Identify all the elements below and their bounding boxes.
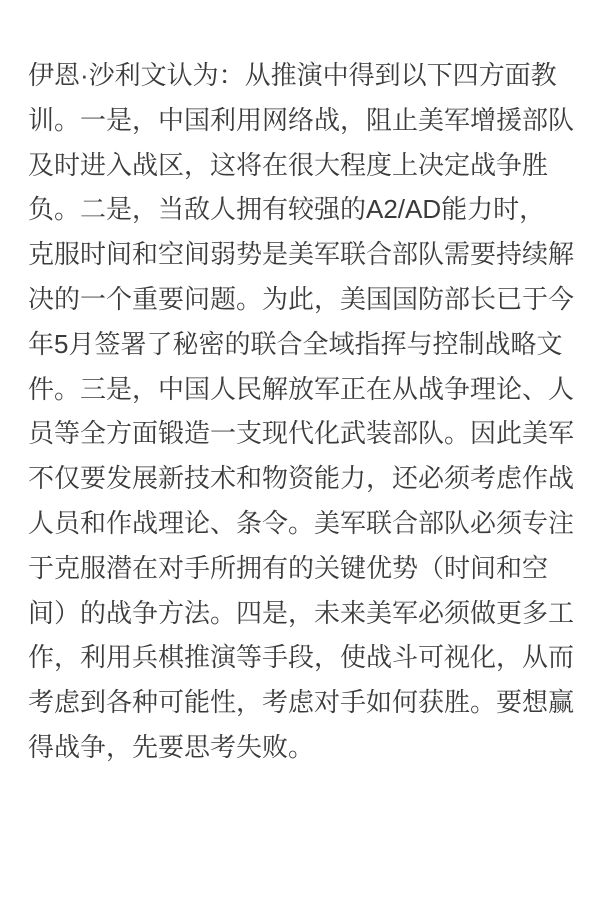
text-line: 员等全方面锻造一支现代化武装部队。因此美军 bbox=[28, 411, 576, 456]
text-line: 人员和作战理论、条令。美军联合部队必须专注 bbox=[28, 501, 576, 546]
text-line: 伊恩·沙利文认为：从推演中得到以下四方面教 bbox=[28, 53, 576, 98]
text-line: 年5月签署了秘密的联合全域指挥与控制战略文 bbox=[28, 322, 576, 367]
article-paragraph: 伊恩·沙利文认为：从推演中得到以下四方面教训。一是，中国利用网络战，阻止美军增援… bbox=[28, 53, 576, 770]
text-line: 决的一个重要问题。为此，美国国防部长已于今 bbox=[28, 277, 576, 322]
document-page: 伊恩·沙利文认为：从推演中得到以下四方面教训。一是，中国利用网络战，阻止美军增援… bbox=[0, 0, 600, 907]
text-line: 不仅要发展新技术和物资能力，还必须考虑作战 bbox=[28, 456, 576, 501]
text-line: 及时进入战区，这将在很大程度上决定战争胜 bbox=[28, 143, 576, 188]
text-line: 件。三是，中国人民解放军正在从战争理论、人 bbox=[28, 367, 576, 412]
text-line: 于克服潜在对手所拥有的关键优势（时间和空 bbox=[28, 546, 576, 591]
text-line: 间）的战争方法。四是，未来美军必须做更多工 bbox=[28, 591, 576, 636]
text-line: 得战争，先要思考失败。 bbox=[28, 725, 576, 770]
text-line: 考虑到各种可能性，考虑对手如何获胜。要想赢 bbox=[28, 680, 576, 725]
text-line: 训。一是，中国利用网络战，阻止美军增援部队 bbox=[28, 98, 576, 143]
text-line: 克服时间和空间弱势是美军联合部队需要持续解 bbox=[28, 232, 576, 277]
text-line: 负。二是，当敌人拥有较强的A2/AD能力时， bbox=[28, 187, 576, 232]
text-line: 作，利用兵棋推演等手段，使战斗可视化，从而 bbox=[28, 635, 576, 680]
